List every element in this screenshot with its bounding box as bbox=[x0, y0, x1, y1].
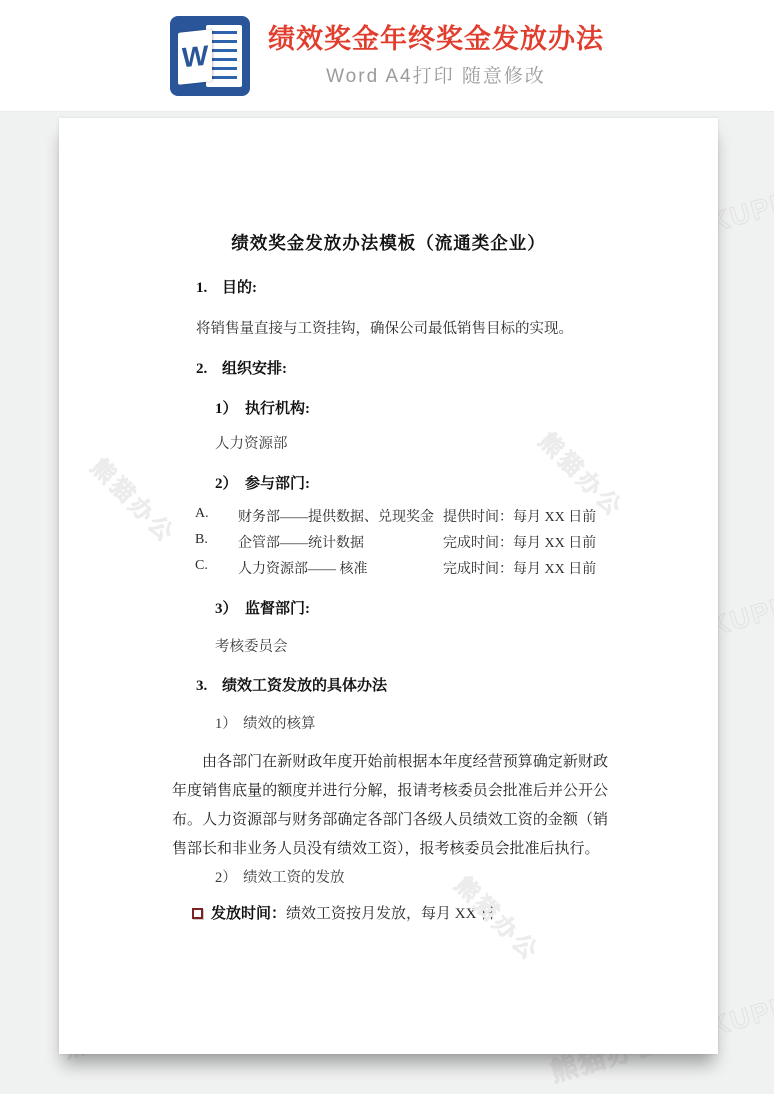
section-3-heading: 3.绩效工资发放的具体办法 bbox=[196, 674, 387, 695]
section-2-heading: 2.组织安排: bbox=[196, 357, 287, 378]
section-heading-text: 绩效工资发放的具体办法 bbox=[222, 678, 387, 694]
subsection-heading-text: 绩效工资的发放 bbox=[243, 870, 345, 886]
word-icon-letter: W bbox=[182, 41, 208, 72]
subsection-number: 2） bbox=[215, 472, 245, 493]
payout-time-text: 绩效工资按月发放，每月 XX 日 bbox=[286, 906, 495, 922]
subsection-heading-text: 监督部门: bbox=[245, 601, 310, 617]
section-number: 3. bbox=[196, 678, 222, 695]
row-time: 提供时间：每月 XX 日前 bbox=[443, 506, 596, 526]
row-department: 企管部——统计数据 bbox=[238, 532, 364, 552]
row-time: 完成时间：每月 XX 日前 bbox=[443, 532, 596, 552]
section-3-1-paragraph: 由各部门在新财政年度开始前根据本年度经营预算确定新财政年度销售底量的额度并进行分… bbox=[172, 748, 608, 864]
checkbox-bullet-icon bbox=[192, 908, 203, 919]
subsection-number: 1） bbox=[215, 712, 243, 733]
row-letter: B. bbox=[195, 532, 208, 548]
section-3-1-heading: 1）绩效的核算 bbox=[215, 712, 316, 733]
section-2-3-paragraph: 考核委员会 bbox=[215, 635, 288, 656]
row-letter: A. bbox=[195, 506, 209, 522]
row-time: 完成时间：每月 XX 日前 bbox=[443, 558, 596, 578]
word-icon-cover: W bbox=[178, 29, 212, 85]
document-title: 绩效奖金发放办法模板（流通类企业） bbox=[59, 230, 718, 255]
subsection-heading-text: 参与部门: bbox=[245, 476, 310, 492]
template-title: 绩效奖金年终奖金发放办法 bbox=[268, 23, 604, 55]
participant-row: A. 财务部——提供数据、兑现奖金 提供时间：每月 XX 日前 bbox=[59, 506, 718, 526]
subsection-heading-text: 执行机构: bbox=[245, 401, 310, 417]
section-1-paragraph: 将销售量直接与工资挂钩，确保公司最低销售目标的实现。 bbox=[196, 317, 573, 338]
row-department: 人力资源部—— 核准 bbox=[238, 558, 368, 578]
section-2-3-heading: 3）监督部门: bbox=[215, 597, 310, 618]
subsection-number: 3） bbox=[215, 597, 245, 618]
section-2-2-heading: 2）参与部门: bbox=[215, 472, 310, 493]
header-text-block: 绩效奖金年终奖金发放办法 Word A4打印 随意修改 bbox=[268, 23, 604, 88]
row-department: 财务部——提供数据、兑现奖金 bbox=[238, 506, 434, 526]
payout-time-label: 发放时间： bbox=[211, 906, 286, 922]
template-subtitle: Word A4打印 随意修改 bbox=[326, 61, 546, 88]
subsection-heading-text: 绩效的核算 bbox=[243, 716, 316, 732]
section-3-2-heading: 2）绩效工资的发放 bbox=[215, 866, 345, 887]
document-page: 绩效奖金发放办法模板（流通类企业） 1.目的: 将销售量直接与工资挂钩，确保公司… bbox=[59, 118, 718, 1054]
preview-header: W 绩效奖金年终奖金发放办法 Word A4打印 随意修改 bbox=[0, 0, 774, 112]
section-number: 2. bbox=[196, 361, 222, 378]
participant-row: B. 企管部——统计数据 完成时间：每月 XX 日前 bbox=[59, 532, 718, 552]
subsection-number: 2） bbox=[215, 866, 243, 887]
section-heading-text: 组织安排: bbox=[222, 361, 287, 377]
row-letter: C. bbox=[195, 558, 208, 574]
participant-row: C. 人力资源部—— 核准 完成时间：每月 XX 日前 bbox=[59, 558, 718, 578]
payout-time-line: 发放时间：绩效工资按月发放，每月 XX 日 bbox=[192, 902, 495, 923]
section-1-heading: 1.目的: bbox=[196, 276, 257, 297]
section-2-1-paragraph: 人力资源部 bbox=[215, 432, 288, 453]
section-2-1-heading: 1）执行机构: bbox=[215, 397, 310, 418]
section-heading-text: 目的: bbox=[222, 280, 257, 296]
word-icon-text-lines bbox=[211, 31, 237, 81]
section-number: 1. bbox=[196, 280, 222, 297]
word-icon: W bbox=[170, 16, 250, 96]
subsection-number: 1） bbox=[215, 397, 245, 418]
